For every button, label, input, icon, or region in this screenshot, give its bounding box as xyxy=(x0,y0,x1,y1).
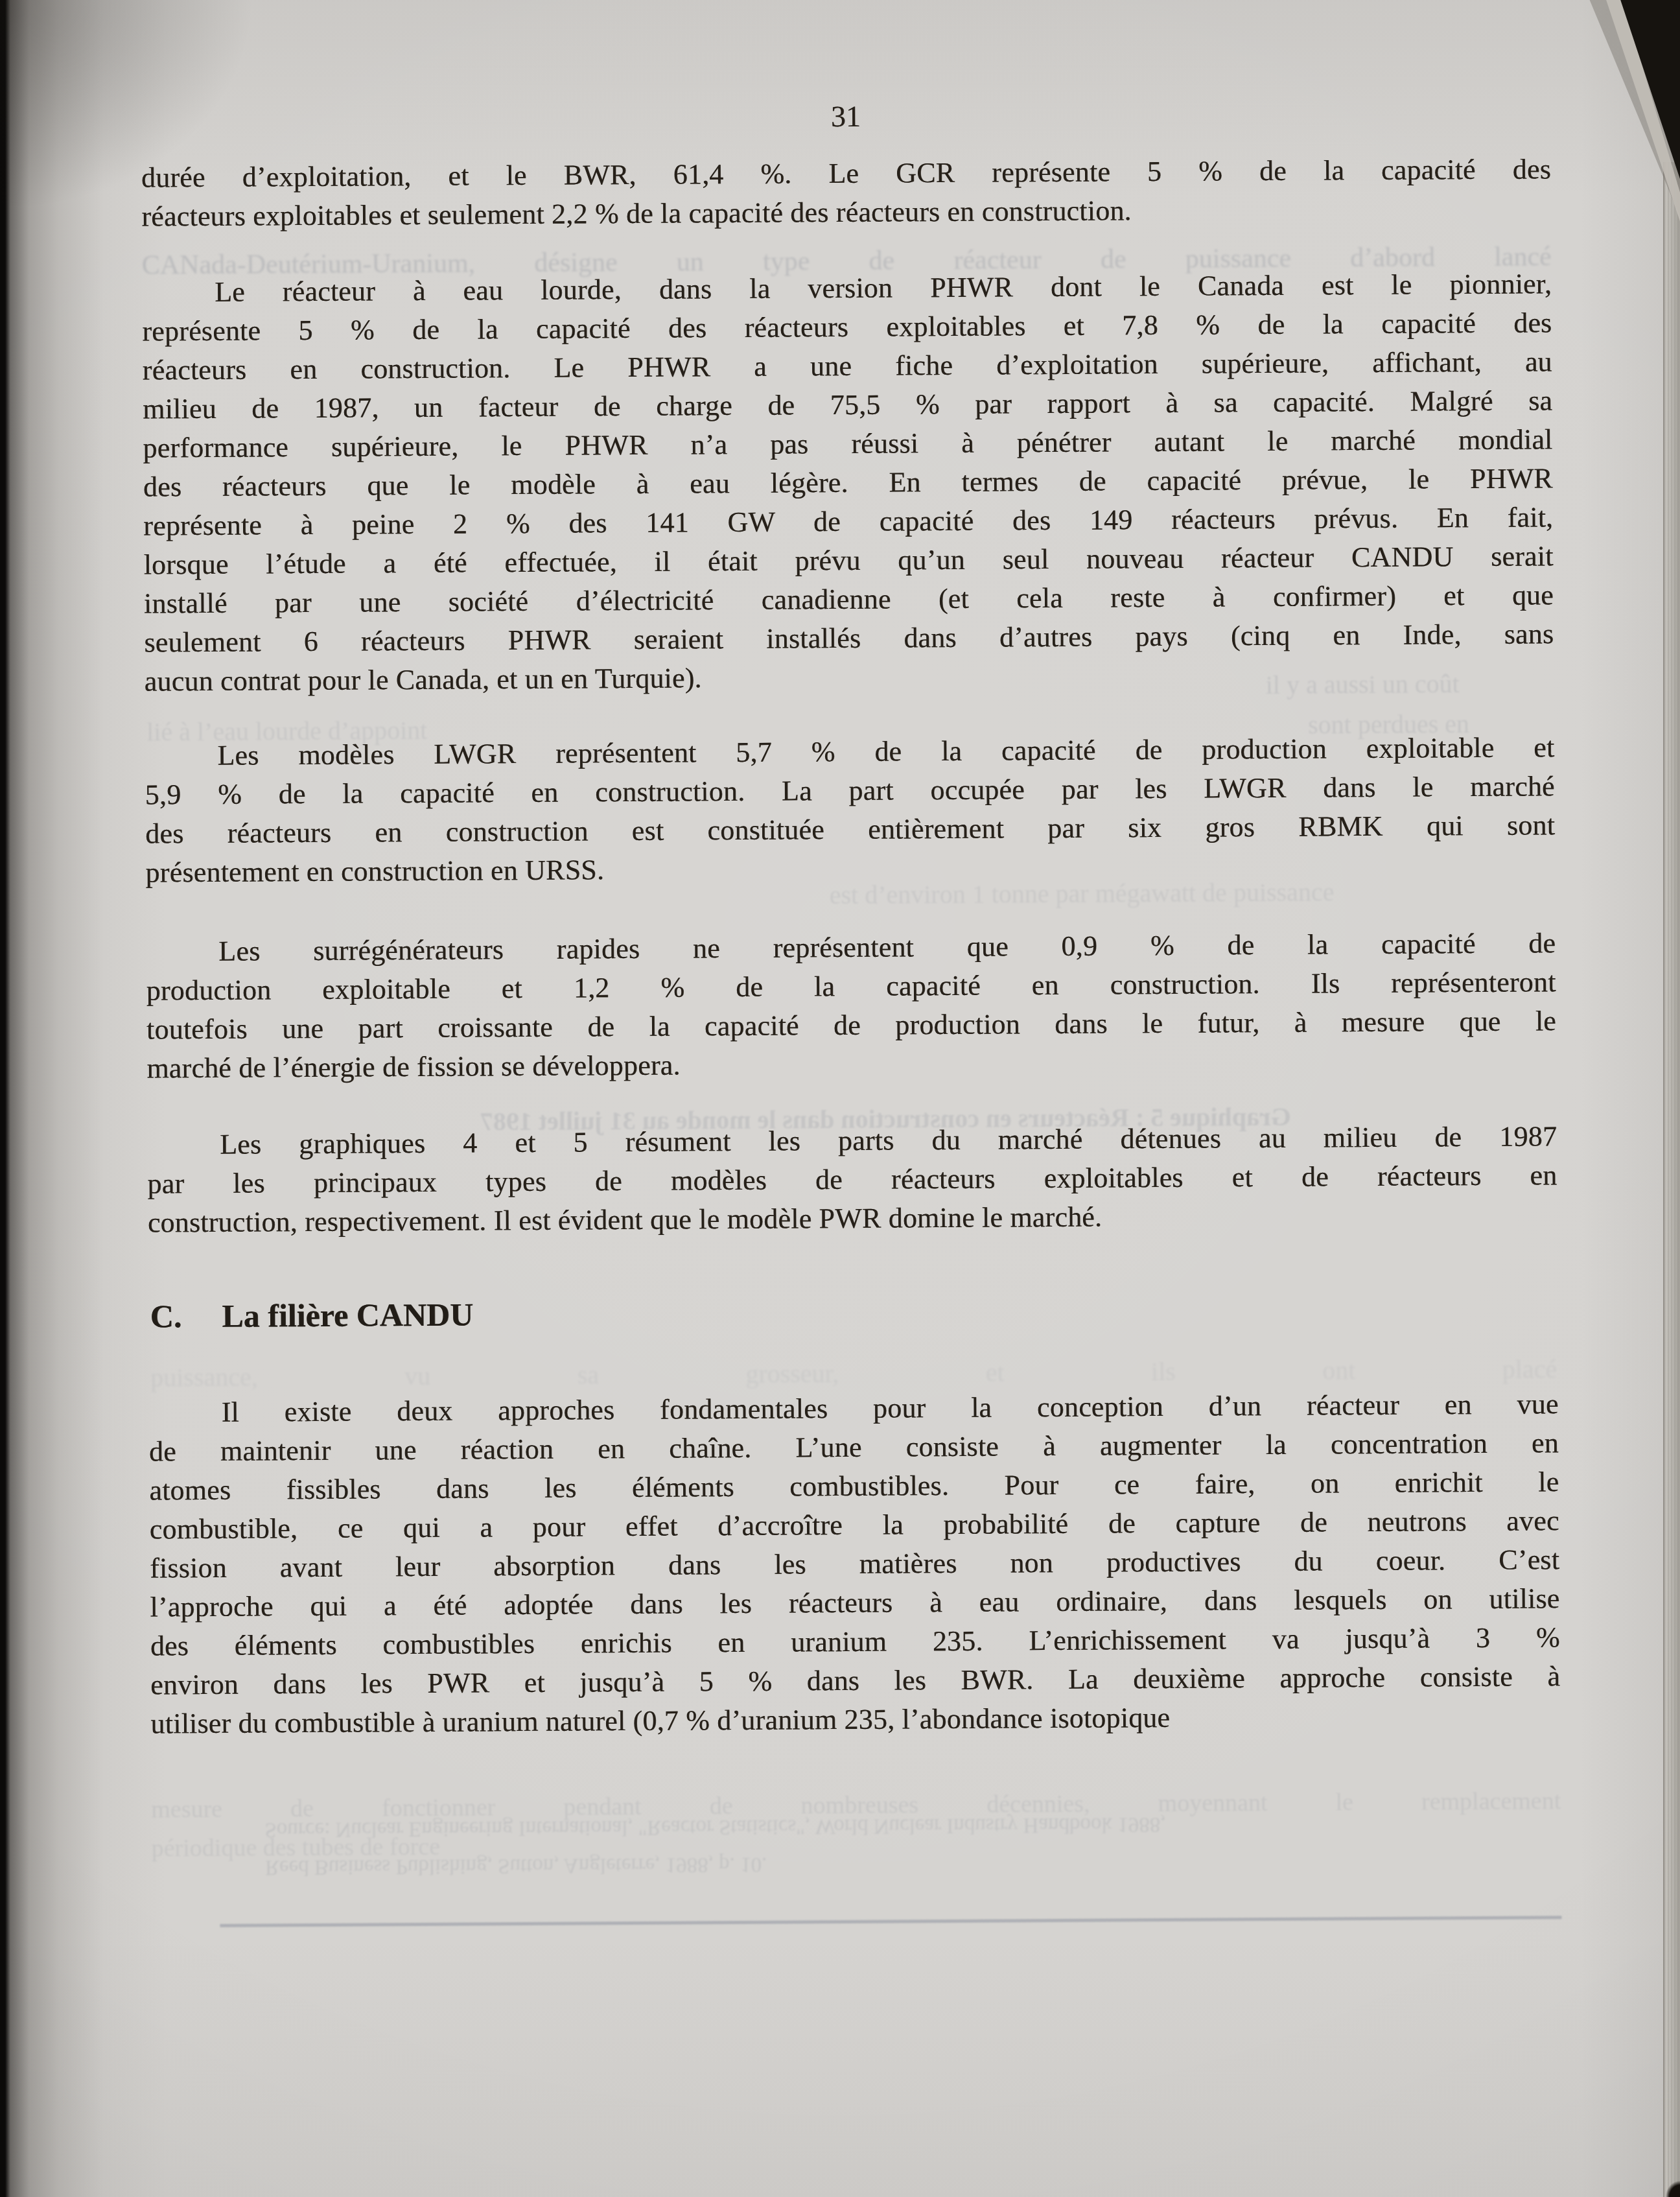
scanned-document-page: 31 CANada-Deutérium-Uranium, désigne un … xyxy=(0,0,1680,2197)
section-heading-letter: C. xyxy=(150,1297,182,1335)
section-heading: C.La filière CANDU xyxy=(150,1288,1560,1335)
page-number: 31 xyxy=(141,93,1550,140)
text-line: marché de l’énergie de fission se dévelo… xyxy=(146,1040,1556,1088)
paragraph-3: Les modèles LWGR représentent 5,7 % de l… xyxy=(145,728,1555,892)
paragraph-6: Il existe deux approches fondamentales p… xyxy=(148,1385,1560,1743)
body-text: durée d’exploitation, et le BWR, 61,4 %.… xyxy=(0,0,1674,5)
text-line: présentement en construction en URSS. xyxy=(145,845,1555,892)
paragraph-4: Les surrégénérateurs rapides ne représen… xyxy=(146,924,1556,1088)
bleedthrough-text: mesure de fonctionner pendant de nombreu… xyxy=(151,1782,1561,1828)
text-line: utiliser du combustible à uranium nature… xyxy=(150,1696,1560,1743)
bleedthrough-text: Source: Nuclear Engineering Internationa… xyxy=(264,1803,1580,1848)
page-content: 31 CANada-Deutérium-Uranium, désigne un … xyxy=(0,0,1680,2197)
bleedthrough-layer: CANada-Deutérium-Uranium, désigne un typ… xyxy=(0,0,1674,5)
paragraph-2: Le réacteur à eau lourde, dans la versio… xyxy=(142,264,1554,701)
section-heading-title: La filière CANDU xyxy=(222,1296,473,1333)
paragraph-5: Les graphiques 4 et 5 résument les parts… xyxy=(147,1117,1557,1242)
footnote-rule xyxy=(220,1916,1561,1927)
bleedthrough-text: périodique des tubes de force xyxy=(152,1827,605,1867)
bleedthrough-text: Reed Business Publishing, Sutton, Anglet… xyxy=(265,1844,1010,1886)
text-line: réacteurs exploitables et seulement 2,2 … xyxy=(141,189,1551,236)
text-line: construction, respectivement. Il est évi… xyxy=(148,1195,1557,1242)
paragraph-1: durée d’exploitation, et le BWR, 61,4 %.… xyxy=(141,150,1552,236)
text-line: aucun contrat pour le Canada, et un en T… xyxy=(145,653,1554,701)
